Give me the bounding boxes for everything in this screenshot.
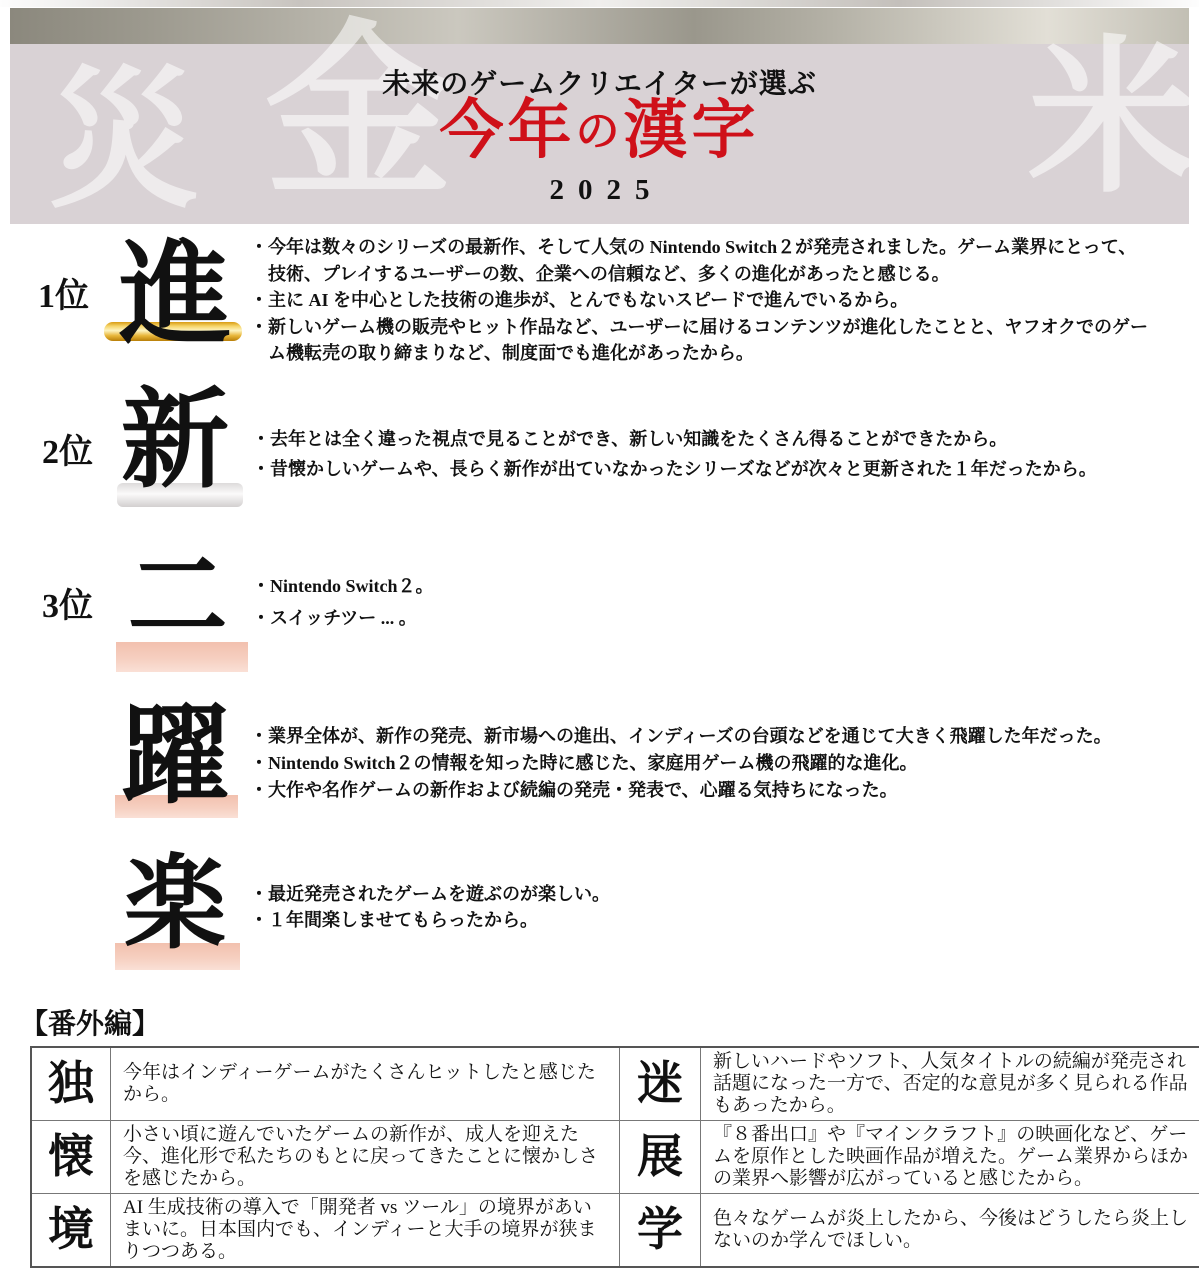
header-banner: 災 金 米 未来のゲームクリエイターが選ぶ 今年の漢字 2025	[10, 8, 1189, 224]
comment: ・スイッチツー ... 。	[252, 602, 952, 634]
kanji-rank2: 新	[105, 388, 245, 496]
extra-kanji-mei: 迷	[620, 1047, 701, 1121]
extra-kanji-kyou: 境	[31, 1194, 111, 1268]
extra-table: 独 今年はインディーゲームがたくさんヒットしたと感じたから。 迷 新しいハードや…	[30, 1046, 1199, 1268]
yaku-comments: ・業界全体が、新作の発売、新市場への進出、インディーズの台頭などを通じて大きく飛…	[250, 723, 1185, 804]
rank3-comments: ・Nintendo Switch２。 ・スイッチツー ... 。	[252, 570, 952, 634]
top-metallic-strip	[0, 0, 1199, 7]
extra-section-title: 【番外編】	[20, 1008, 160, 1042]
header-gradient-band	[10, 8, 1189, 44]
table-row: 独 今年はインディーゲームがたくさんヒットしたと感じたから。 迷 新しいハードや…	[31, 1047, 1199, 1121]
extra-kanji-gaku: 学	[620, 1194, 701, 1268]
comment: ・主に AI を中心とした技術の進歩が、とんでもないスピードで進んでいるから。	[250, 287, 1150, 314]
extra-text-kyou: AI 生成技術の導入で「開発者 vs ツール」の境界があいまいに。日本国内でも、…	[111, 1194, 620, 1268]
extra-text-natsu: 小さい頃に遊んでいたゲームの新作が、成人を迎えた今、進化形で私たちのもとに戻って…	[111, 1121, 620, 1194]
table-row: 懐 小さい頃に遊んでいたゲームの新作が、成人を迎えた今、進化形で私たちのもとに戻…	[31, 1121, 1199, 1194]
page-title: 今年の漢字	[10, 96, 1189, 167]
comment: ・業界全体が、新作の発売、新市場への進出、インディーズの台頭などを通じて大きく飛…	[250, 723, 1185, 750]
title-kanji-left: 今年	[440, 95, 576, 166]
extra-text-doku: 今年はインディーゲームがたくさんヒットしたと感じたから。	[111, 1047, 620, 1121]
comment: ・最近発売されたゲームを遊ぶのが楽しい。	[250, 881, 950, 907]
kanji-raku: 楽	[105, 855, 245, 957]
kanji-yaku: 躍	[105, 704, 245, 812]
rank-label-3: 3位	[42, 590, 93, 624]
extra-kanji-natsu: 懐	[31, 1121, 111, 1194]
extra-text-mei: 新しいハードやソフト、人気タイトルの続編が発売され話題になった一方で、否定的な意…	[701, 1047, 1199, 1121]
comment: ・Nintendo Switch２。	[252, 570, 952, 602]
raku-comments: ・最近発売されたゲームを遊ぶのが楽しい。 ・１年間楽しませてもらったから。	[250, 881, 950, 933]
title-particle: の	[576, 107, 624, 156]
comment: ・去年とは全く違った視点で見ることができ、新しい知識をたくさん得ることができたか…	[252, 424, 1172, 454]
rank-label-1: 1位	[38, 280, 89, 314]
comment: ・新しいゲーム機の販売やヒット作品など、ユーザーに届けるコンテンツが進化したこと…	[250, 314, 1150, 367]
rank1-comments: ・今年は数々のシリーズの最新作、そして人気の Nintendo Switch２が…	[250, 234, 1150, 367]
comment: ・昔懐かしいゲームや、長らく新作が出ていなかったシリーズなどが次々と更新された１…	[252, 454, 1172, 484]
comment: ・今年は数々のシリーズの最新作、そして人気の Nintendo Switch２が…	[250, 234, 1150, 287]
kanji-rank1: 進	[105, 240, 245, 352]
rank-label-2: 2位	[42, 436, 93, 470]
extra-kanji-ten: 展	[620, 1121, 701, 1194]
comment: ・１年間楽しませてもらったから。	[250, 907, 950, 933]
extra-kanji-doku: 独	[31, 1047, 111, 1121]
comment: ・Nintendo Switch２の情報を知った時に感じた、家庭用ゲーム機の飛躍…	[250, 750, 1185, 777]
rank2-comments: ・去年とは全く違った視点で見ることができ、新しい知識をたくさん得ることができたか…	[252, 424, 1172, 484]
table-row: 境 AI 生成技術の導入で「開発者 vs ツール」の境界があいまいに。日本国内で…	[31, 1194, 1199, 1268]
comment: ・大作や名作ゲームの新作および続編の発売・発表で、心躍る気持ちになった。	[250, 777, 1185, 804]
extra-text-ten: 『８番出口』や『マインクラフト』の映画化など、ゲームを原作とした映画作品が増えた…	[701, 1121, 1199, 1194]
header-year: 2025	[10, 174, 1189, 207]
extra-text-gaku: 色々なゲームが炎上したから、今後はどうしたら炎上しないのか学んでほしい。	[701, 1194, 1199, 1268]
poster-page: 災 金 米 未来のゲームクリエイターが選ぶ 今年の漢字 2025 1位 進 ・今…	[0, 0, 1199, 1280]
kanji-rank3: 二	[105, 548, 250, 648]
title-kanji-right: 漢字	[624, 95, 760, 166]
